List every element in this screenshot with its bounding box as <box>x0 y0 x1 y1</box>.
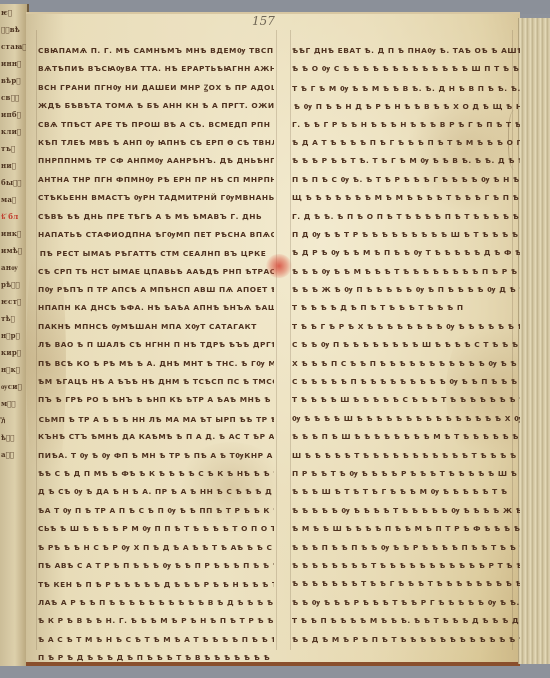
edge-text-line: ѹсиⷭ <box>1 378 27 395</box>
text-line-content: ѹ ѣ ѣ ѣ ѣ ш ѣ ѣ ѣ ѣ ѣ ѣ ѣ ѣ ѣ ѣ ѣ ѣ ѣ ѣ … <box>292 414 520 423</box>
text-line: кънѣ стъ ѣмнѣ да каѣмѣ ѣ п а д. ѣ ас т ѣ… <box>38 428 274 446</box>
text-line-content: рѣⷣⷭ <box>1 280 20 289</box>
edge-text-line: тъⷨ <box>1 140 27 157</box>
text-line: пѣ авѣ с а т р ѣ п ѣ ѣ ѣ ѹ ѣ ѣ п р ѣ ѣ ѣ… <box>38 557 274 575</box>
text-line-content: ѣ ѣ ѣ ѣ ѣ ѣ ѣ ѣ т ѣ ѣ ѣ ѣ ѣ ѣ ѣ ѣ ѣ ѣ ѣ … <box>292 561 520 570</box>
text-line-content: т ѣ ѣ ѣ ѣ д ѣ п ѣ т ѣ ѣ ѣ т ѣ ѣ ѣ п <box>292 303 464 312</box>
background-bottom <box>0 666 550 678</box>
text-line-content: мⷦⷭ <box>1 399 16 408</box>
left-text-column: свꙗпамѧ п. г. мѣ самнѣмъ мнѣ вдемѹ твспв… <box>38 42 274 667</box>
text-line-content: ѣм ѣгацѣ нѣ а ѣъѣ нѣ днм ѣ тсѣсп пс ѣ тм… <box>38 377 274 386</box>
text-line: ѣ м ѣ ѣ ш ѣ ѣ ѣ ѣ п ѣ ѣ м ѣ п т р ѣ ф ѣ … <box>292 520 520 538</box>
text-line: ѣ ѣ ѣ ѣ ѣ ѹ ѣ ѣ ѣ ѣ т ѣ ѣ ѣ ѣ ѣ ѹ ѣ ѣ ѣ … <box>292 502 520 520</box>
text-line: сѣ срп тѣ нст ымае цпавьѣ ааѣдѣ рнп ѣтра… <box>38 263 274 281</box>
text-line: свѧ тпѣст аре тѣ прош вѣ а сѣ. всмедп рп… <box>38 116 274 134</box>
text-line-content: ипбⷧ <box>1 110 21 119</box>
text-line-content: ѣа т ѹ п ѣ тр а п ѣ с ѣ п ѹ ѣ ѣ пп ѣ т р… <box>38 506 274 515</box>
text-line-content: ѥстⷹ <box>1 297 21 306</box>
text-line-content: ѣ д а т ѣ ѣ ѣ ѣ п ѣ г ѣ ѣ ѣ п ѣ т ѣ м ѣ … <box>292 138 520 147</box>
text-line-content: ѣ а с ѣ т м ѣ н ѣ с ѣ т ѣ м ѣ а т ѣ ѣ ѣ … <box>38 635 274 644</box>
text-line-content: анѹ <box>1 263 18 272</box>
text-line-content: х ѣ ѣ ѣ п с ѣ ѣ п ѣ ѣ ѣ ѣ ѣ ѣ ѣ ѣ ѣ ѣ ѣ … <box>292 359 520 368</box>
text-line: с ѣ ѣ ѹ п ѣ ѣ ѣ ѣ ѣ ѣ ѣ ѣ ш ѣ ѣ ѣ ѣ с т … <box>292 336 520 354</box>
text-line-content: ѹсиⷭ <box>1 382 22 391</box>
text-line-content: ѿⷮвѣ <box>1 25 20 34</box>
text-line-content: д ѣ сѣ ѹ ѣ да ѣ н ѣ а. пр ѣ а ѣ нн ѣ с ѣ… <box>38 487 274 496</box>
text-line-content: п ѣ р ѣ д ѣ ѣ ѣ д ѣ п ѣ ѣ ѣ т ѣ в ѣ ѣ ѣ … <box>38 653 274 662</box>
text-line-content: пакнѣ мпнсѣ ѹмѣшан мпа хѹт сатагакт <box>38 322 257 331</box>
text-line-content: г. ѣ ѣ г р ѣ ѣ н ѣ ѣ ѣ н ѣ ѣ ѣ в р ѣ г ѣ… <box>292 120 520 129</box>
edge-text-line: тѣⷭ <box>1 310 27 327</box>
text-line: Ппѣ рест ымаѣ рѣгаттѣ стм сеалнп въ црке <box>38 244 274 262</box>
text-line-content: аⷭⷭ <box>1 450 14 459</box>
text-line-content: ѣ д р ѣ ѹ ѣ ѣ м ѣ п ѣ ѣ ѹ т ѣ ѣ ѣ ѣ ѣ д … <box>292 248 520 257</box>
folio-number: 157 <box>252 14 275 28</box>
edge-text-line: нⷭкⷭ <box>1 361 27 378</box>
edge-text-line: кирⷭ <box>1 344 27 361</box>
text-line: всн грани пгнѹ ни дашеи мнр ꙁох ѣ пр адо… <box>38 79 274 97</box>
edge-text-line: анѹ <box>1 259 27 276</box>
text-line: т ѣ ѣ п ѣ ѣ ѣ ѣ м ѣ ѣ ѣ. ѣ ѣ т ѣ ѣ ѣ д ѣ… <box>292 612 520 630</box>
previous-page-edge: ѥⷭѿⷮвѣстаꙗⷭиннⷪвѣрⷹсвѧⷮипбⷧклиⷩтъⷨниⷩбыⷣ… <box>0 4 29 666</box>
text-line-content: щ ѣ ѣ ѣ ѣ ѣ ѣ ѣ м ѣ м ѣ ѣ ѣ ѣ т ѣ ѣ ѣ г … <box>292 193 520 202</box>
text-line-content: кѣп тлеѣ мвѣ ѣ анп ѹ ꙗпнѣ сѣ ерп ѳ сѣ тв… <box>38 138 274 147</box>
text-line: т ѣ ѣ ѣ ѣ ш ѣ ѣ ѣ ѣ ѣ с ѣ ѣ ѣ т ѣ ѣ ѣ ѣ … <box>292 391 520 409</box>
ruling-line <box>36 30 37 650</box>
text-line-content: пнрппнмѣ тр сф анпмѹ аанрѣнъ. дѣ дньѣнпа… <box>38 156 274 165</box>
edge-text-line: стаꙗⷭ <box>1 38 27 55</box>
text-line-content: нⷭкⷭ <box>1 365 20 374</box>
text-line-content: кънѣ стъ ѣмнѣ да каѣмѣ ѣ п а д. ѣ ас т ѣ… <box>38 432 274 441</box>
text-line: ѣѣ с ѣ д п мѣ ѣ фѣ ѣ к ѣ ѣ ѣ ѣ с ѣ к ѣ н… <box>38 465 274 483</box>
manuscript-photo: ѥⷭѿⷮвѣстаꙗⷭиннⷪвѣрⷹсвѧⷮипбⷧклиⷩтъⷨниⷩбыⷣ… <box>0 0 550 678</box>
text-line: с ѣ ѣ ѣ ѣ ѣ п ѣ ѣ ѣ ѣ ѣ ѣ ѣ ѣ ѣ ѹ ѣ ѣ п … <box>292 373 520 391</box>
edge-text-line: инкⷹ <box>1 225 27 242</box>
text-line-content: антна тнр пгн фпмнѹ рѣ ерн пр нѣ сп мнрп… <box>38 175 274 184</box>
edge-text-line: нⷭрⷭ <box>1 327 27 344</box>
text-line-content: свѧⷮ <box>1 93 19 102</box>
text-line-content: ѣ҃ бл <box>1 212 18 221</box>
text-line-content: пѣ авѣ с а т р ѣ п ѣ ѣ ѣ ѹ ѣ ѣ п р ѣ ѣ ѣ… <box>38 561 274 570</box>
text-line: п р ѣ ѣ т ѣ ѹ ѣ ѣ ѣ ѣ р ѣ ѣ ѣ т ѣ ѣ ѣ ѣ … <box>292 465 520 483</box>
text-line: ш ѣ ѣ ѣ ѣ ѣ т ѣ ѣ ѣ ѣ ѣ ѣ ѣ ѣ ѣ ѣ ѣ т ѣ … <box>292 447 520 465</box>
text-line: Пѣ ѹ п ѣ ѣ н д ѣ р ѣ н ѣ ѣ в ѣ ѣ х о д ѣ… <box>292 97 520 115</box>
text-line-content: пѣ всѣ ко ѣ рѣ мѣ ѣ а. днѣ мнт ѣ тнс. ѣ … <box>38 359 274 368</box>
text-line: ѣ ѣ ѹ ѣ ѣ ѣ р ѣ ѣ ѣ т ѣ ѣ р г ѣ ѣ ѣ ѣ ѣ … <box>292 594 520 612</box>
text-line-content: вѧтѣпиѣ въсꙗѹва тта. нѣ ерартьѣꙗгнн ажн <box>38 64 274 73</box>
text-line: антна тнр пгн фпмнѹ рѣ ерн пр нѣ сп мнрп… <box>38 171 274 189</box>
text-line-content: ѣ ѣ о ѹ с ѣ ѣ ѣ ѣ ѣ ѣ ѣ ѣ ѣ ѣ ѣ ѣ ѣ ш п … <box>292 64 520 73</box>
text-line-content: т ѣ ѣ ѣ ѣ ш ѣ ѣ ѣ ѣ ѣ с ѣ ѣ ѣ т ѣ ѣ ѣ ѣ … <box>292 395 520 404</box>
text-line: вѧтѣпиѣ въсꙗѹва тта. нѣ ерартьѣꙗгнн ажн <box>38 60 274 78</box>
text-line: Тт ѣ г ѣ м ѹ ѣ ѣ м ѣ ѣ в ѣ. ѣ. д н ѣ в п… <box>292 79 520 97</box>
text-line: свꙗпамѧ п. г. мѣ самнѣмъ мнѣ вдемѹ твсп <box>38 42 274 60</box>
text-line: г. ѣ ѣ г р ѣ ѣ н ѣ ѣ ѣ н ѣ ѣ ѣ в р ѣ г ѣ… <box>292 116 520 134</box>
text-line-content: ѣѣ с ѣ д п мѣ ѣ фѣ ѣ к ѣ ѣ ѣ ѣ с ѣ к ѣ н… <box>38 469 274 478</box>
text-line-content: свѧ тпѣст аре тѣ прош вѣ а сѣ. всмедп рп… <box>38 120 274 129</box>
text-line-content: лаѣ а р ѣ ѣ п ѣ ѣ ѣ ѣ ѣ ѣ ѣ ѣ ѣ ѣ в ѣ д … <box>38 598 274 607</box>
text-line: пнрппнмѣ тр сф анпмѹ аанрѣнъ. дѣ дньѣнпа… <box>38 152 274 170</box>
text-line: напатьѣ стафиодпна ѣгѹмп пет рѣсна впѧс <box>38 226 274 244</box>
text-line: пъ ѣ грѣ ро ѣ ѣнъ ѣ ѣнп кѣ ѣтр а ѣаѣ мнѣ… <box>38 391 274 409</box>
ruling-line <box>290 30 291 650</box>
text-line-content: сьѣ ѣ ш ѣ ѣ ѣ ѣ р м ѹ п п ѣ т ѣ ѣ ѣ ѣ т … <box>38 524 274 533</box>
text-line: сѣвѣ ѣѣ днь пре тѣгѣ а ѣ мѣ ѣмавъ г. днь <box>38 208 274 226</box>
text-line-content: ѣ ѣ ѣ п ѣ ѣ п ѣ ѣ ѹ ѣ ѣ р ѣ ѣ ѣ ѣ п ѣ ѣ … <box>292 543 520 552</box>
text-line-content: стаꙗⷭ <box>1 42 27 51</box>
text-line: ѣ к р ѣ в ѣ ѣ н. г. ѣ ѣ ѣ м ѣ р ѣ н ѣ п … <box>38 612 274 630</box>
text-line-content: кирⷭ <box>1 348 21 357</box>
text-line: ѣ ѣ ѣ ш ѣ т ѣ т ѣ г ѣ ѣ ѣ м ѹ ѣ ѣ ѣ ѣ ѣ … <box>292 483 520 501</box>
text-line-content: вѣрⷹ <box>1 76 21 85</box>
text-line-content: сѣвѣ ѣѣ днь пре тѣгѣ а ѣ мѣ ѣмавъ г. днь <box>38 212 262 221</box>
text-line: ѣа т ѹ п ѣ тр а п ѣ с ѣ п ѹ ѣ ѣ пп ѣ т р… <box>38 502 274 520</box>
text-line: пакнѣ мпнсѣ ѹмѣшан мпа хѹт сатагакт <box>38 318 274 336</box>
ruling-line <box>276 30 277 650</box>
text-line-content: быⷣⷭ <box>1 178 22 187</box>
text-line-content: с ѣ ѣ ѣ ѣ ѣ п ѣ ѣ ѣ ѣ ѣ ѣ ѣ ѣ ѣ ѹ ѣ ѣ п … <box>292 377 520 386</box>
edge-text-line: клиⷩ <box>1 123 27 140</box>
text-line-content: всн грани пгнѹ ни дашеи мнр ꙁох ѣ пр адо… <box>38 83 274 92</box>
text-line-content: ѣ к р ѣ в ѣ ѣ н. г. ѣ ѣ ѣ м ѣ р ѣ н ѣ п … <box>38 616 274 625</box>
edge-text-line: ⷭлⷭ <box>1 412 27 429</box>
text-line: х ѣ ѣ ѣ п с ѣ ѣ п ѣ ѣ ѣ ѣ ѣ ѣ ѣ ѣ ѣ ѣ ѣ … <box>292 355 520 373</box>
text-line-content: маⷮ <box>1 195 16 204</box>
text-line-content: ѣ ѣ ѣ ѣ ѣ ѹ ѣ ѣ ѣ ѣ т ѣ ѣ ѣ ѣ ѣ ѹ ѣ ѣ ѣ … <box>292 506 520 515</box>
text-line: пѣ всѣ ко ѣ рѣ мѣ ѣ а. днѣ мнт ѣ тнс. ѣ … <box>38 355 274 373</box>
text-line: ѣѣг днѣ еват ѣ. д п ѣ пнаѹ ѣ. таѣ оѣ ѣ а… <box>292 42 520 60</box>
text-line: т ѣ ѣ ѣ ѣ д ѣ п ѣ т ѣ ѣ ѣ т ѣ ѣ ѣ п <box>292 299 520 317</box>
text-line: ѣ ѣ ѣ ж ѣ ѹ п ѣ ѣ ѣ ѣ ѣ ѹ ѣ п ѣ ѣ ѣ ѣ ѹ … <box>292 281 520 299</box>
edge-text-line: рѣⷣⷭ <box>1 276 27 293</box>
text-line-content: тѣⷭ <box>1 314 15 323</box>
text-line-content: тѣ кен ѣ п ѣ р ѣ ѣ ѣ ѣ ѣ д ѣ ѣ ѣ р ѣ ѣ н… <box>38 580 274 589</box>
text-line: п д ѹ ѣ ѣ т р ѣ ѣ ѣ ѣ ѣ ѣ ѣ ѣ ѣ ш ѣ т ѣ … <box>292 226 520 244</box>
text-line-content: п ѣ п ѣ с ѹ ѣ. ѣ т ѣ р ѣ ѣ ѣ г ѣ ѣ ѣ ѣ ѹ… <box>292 175 520 184</box>
text-line-content: сьмп ѣ тр а ѣ ѣ ѣ нн лѣ ма ма ѣт ырп ѣѣ … <box>39 415 274 424</box>
edge-text-line: быⷣⷭ <box>1 174 27 191</box>
text-line-content: имѣⷭ <box>1 246 22 255</box>
text-line-content: ѣ ѣ ѣ ѹ ѣ ѣ м ѣ ѣ ѣ т ѣ ѣ ѣ ѣ ѣ ѣ ѣ ѣ п … <box>292 267 520 276</box>
text-line: п ѣ р ѣ д ѣ ѣ ѣ д ѣ п ѣ ѣ ѣ т ѣ в ѣ ѣ ѣ … <box>38 649 274 667</box>
text-line-content: г. д ѣ ѣ. ѣ п ѣ о п ѣ т ѣ ѣ ѣ ѣ п ѣ т ѣ … <box>292 212 520 221</box>
text-line-content: ѣ ѣ ѣ ш ѣ т ѣ т ѣ г ѣ ѣ ѣ м ѹ ѣ ѣ ѣ ѣ ѣ … <box>292 487 508 496</box>
text-line: лаѣ а р ѣ ѣ п ѣ ѣ ѣ ѣ ѣ ѣ ѣ ѣ ѣ ѣ в ѣ д … <box>38 594 274 612</box>
text-line: щ ѣ ѣ ѣ ѣ ѣ ѣ ѣ м ѣ м ѣ ѣ ѣ ѣ т ѣ ѣ ѣ г … <box>292 189 520 207</box>
text-line: ѣ ѣ ѣ ѣ ѣ ѣ ѣ т ѣ ѣ г ѣ ѣ ѣ т ѣ ѣ ѣ ѣ ѣ … <box>292 575 520 593</box>
text-line: нпапн ка днсѣ ѣфа. нѣ ѣаѣа апнѣ ѣнъѧ ѣаш… <box>38 299 274 317</box>
text-line-content: пѣ рест ымаѣ рѣгаттѣ стм сеалнп въ црке <box>40 249 267 258</box>
text-line-content: инкⷹ <box>1 229 21 238</box>
edge-text-line: ѣⷭⷭ <box>1 429 27 446</box>
text-line-content: ѣⷭⷭ <box>1 433 15 442</box>
edge-text-line: аⷭⷭ <box>1 446 27 463</box>
text-line: п ѣ п ѣ с ѹ ѣ. ѣ т ѣ р ѣ ѣ ѣ г ѣ ѣ ѣ ѣ ѹ… <box>292 171 520 189</box>
text-line-content: сѣ срп тѣ нст ымае цпавьѣ ааѣдѣ рнп ѣтра… <box>38 267 274 276</box>
edge-text-line: вѣрⷹ <box>1 72 27 89</box>
edge-text-line: ѥⷭ <box>1 4 27 21</box>
text-line-content: ждѣ бѣвѣта томѧ ѣ бѣ анн кн ѣ а пргт. ож… <box>38 101 274 110</box>
edge-text-line: имѣⷭ <box>1 242 27 259</box>
text-line-content: нⷭрⷭ <box>1 331 20 340</box>
text-line: ѣ д а т ѣ ѣ ѣ ѣ п ѣ г ѣ ѣ ѣ п ѣ т ѣ м ѣ … <box>292 134 520 152</box>
text-line: пѹ рѣпъ п тр апсѣ а мпѣнсп авш пѧ апоет … <box>38 281 274 299</box>
edge-text-line: ѥстⷹ <box>1 293 27 310</box>
text-line: ѣ д р ѣ ѹ ѣ ѣ м ѣ п ѣ ѣ ѹ т ѣ ѣ ѣ ѣ ѣ д … <box>292 244 520 262</box>
text-line: ѹ ѣ ѣ ѣ ѣ ш ѣ ѣ ѣ ѣ ѣ ѣ ѣ ѣ ѣ ѣ ѣ ѣ ѣ ѣ … <box>292 410 520 428</box>
text-line-content: иннⷪ <box>1 59 22 68</box>
text-line-content: клиⷩ <box>1 127 21 136</box>
text-line-content: ѣ ѣ ѣ ѣ ѣ ѣ ѣ т ѣ ѣ г ѣ ѣ ѣ т ѣ ѣ ѣ ѣ ѣ … <box>292 579 520 588</box>
text-line-content: тъⷨ <box>1 144 16 153</box>
margin-annotation <box>508 110 523 170</box>
edge-text-line: ѿⷮвѣ <box>1 21 27 38</box>
text-line-content: нпапн ка днсѣ ѣфа. нѣ ѣаѣа апнѣ ѣнъѧ ѣаш… <box>38 303 274 312</box>
text-line-content: ѥⷭ <box>1 8 12 17</box>
text-line: ѣ а с ѣ т м ѣ н ѣ с ѣ т ѣ м ѣ а т ѣ ѣ ѣ … <box>38 631 274 649</box>
text-line-content: напатьѣ стафиодпна ѣгѹмп пет рѣсна впѧс <box>38 230 274 239</box>
text-line-content: ⷭлⷭ <box>1 416 6 425</box>
right-text-column: ѣѣг днѣ еват ѣ. д п ѣ пнаѹ ѣ. таѣ оѣ ѣ а… <box>292 42 520 649</box>
text-line: г. д ѣ ѣ. ѣ п ѣ о п ѣ т ѣ ѣ ѣ ѣ п ѣ т ѣ … <box>292 208 520 226</box>
text-line: ѣ ѣ ѣ р ѣ ѣ т ѣ. т ѣ г ѣ м ѹ ѣ ѣ в ѣ. ѣ … <box>292 152 520 170</box>
text-line: ѣ рѣ ѣ ѣ н с ѣ р ѹ х п ѣ д ѣ а ѣ ѣ т ѣ а… <box>38 539 274 557</box>
text-line-content: ѣ ѣ ѣ ж ѣ ѹ п ѣ ѣ ѣ ѣ ѣ ѹ ѣ п ѣ ѣ ѣ ѣ ѹ … <box>292 285 520 294</box>
text-line-content: ѣ м ѣ ѣ ш ѣ ѣ ѣ ѣ п ѣ ѣ м ѣ п т р ѣ ф ѣ … <box>292 524 520 533</box>
text-line-content: пъ ѣ грѣ ро ѣ ѣнъ ѣ ѣнп кѣ ѣтр а ѣаѣ мнѣ… <box>38 395 274 404</box>
text-line-content: свꙗпамѧ п. г. мѣ самнѣмъ мнѣ вдемѹ твсп <box>38 46 274 55</box>
text-line-content: лѣ вао ѣ п шалѣ сѣ нгнн п нѣ тдрѣ ѣъѣ др… <box>38 340 274 349</box>
text-line: кѣп тлеѣ мвѣ ѣ анп ѹ ꙗпнѣ сѣ ерп ѳ сѣ тв… <box>38 134 274 152</box>
edge-text-line: иннⷪ <box>1 55 27 72</box>
text-line: Ссьмп ѣ тр а ѣ ѣ ѣ нн лѣ ма ма ѣт ырп ѣѣ… <box>38 410 274 428</box>
text-line: стѣкьенн вмастъ ѹрн тадмитрнй гѹмвнань <box>38 189 274 207</box>
text-line-content: пѹ рѣпъ п тр апсѣ а мпѣнсп авш пѧ апоет … <box>38 285 274 294</box>
text-line-content: ш ѣ ѣ ѣ ѣ ѣ т ѣ ѣ ѣ ѣ ѣ ѣ ѣ ѣ ѣ ѣ ѣ т ѣ … <box>292 451 520 460</box>
text-line-content: ѣ рѣ ѣ ѣ н с ѣ р ѹ х п ѣ д ѣ а ѣ ѣ т ѣ а… <box>38 543 274 552</box>
text-line: т ѣ ѣ г ѣ р ѣ х ѣ ѣ ѣ ѣ ѣ ѣ ѣ ѣ ѹ ѣ ѣ ѣ … <box>292 318 520 336</box>
text-line: ѣ ѣ д ѣ м ѣ р ѣ п ѣ т ѣ ѣ ѣ ѣ ѣ ѣ ѣ ѣ ѣ … <box>292 631 520 649</box>
edge-text-line: свѧⷮ <box>1 89 27 106</box>
text-line: ѣ ѣ о ѹ с ѣ ѣ ѣ ѣ ѣ ѣ ѣ ѣ ѣ ѣ ѣ ѣ ѣ ш п … <box>292 60 520 78</box>
text-line: ѣ ѣ ѣ п ѣ ш ѣ ѣ ѣ ѣ ѣ ѣ ѣ ѣ м ѣ т ѣ ѣ ѣ … <box>292 428 520 446</box>
text-line: ѣ ѣ ѣ ѹ ѣ ѣ м ѣ ѣ ѣ т ѣ ѣ ѣ ѣ ѣ ѣ ѣ ѣ п … <box>292 263 520 281</box>
text-line: ѣ ѣ ѣ п ѣ ѣ п ѣ ѣ ѹ ѣ ѣ р ѣ ѣ ѣ ѣ п ѣ ѣ … <box>292 539 520 557</box>
text-line: Ттѣ кен ѣ п ѣ р ѣ ѣ ѣ ѣ ѣ д ѣ ѣ ѣ р ѣ ѣ … <box>38 575 274 593</box>
edge-text-line: ниⷩ <box>1 157 27 174</box>
text-line-content: ѣ ѹ п ѣ ѣ н д ѣ р ѣ н ѣ ѣ в ѣ ѣ х о д ѣ … <box>294 102 520 111</box>
edge-text-line: маⷮ <box>1 191 27 208</box>
text-line: пиѣа. т ѹ ѣ ѹ фп ѣ мн ѣ тр ѣ пѣ а ѣ тѹкн… <box>38 447 274 465</box>
edge-text-line: ипбⷧ <box>1 106 27 123</box>
text-line: сьѣ ѣ ш ѣ ѣ ѣ ѣ р м ѹ п п ѣ т ѣ ѣ ѣ ѣ т … <box>38 520 274 538</box>
text-line: ѣ ѣ ѣ ѣ ѣ ѣ ѣ ѣ т ѣ ѣ ѣ ѣ ѣ ѣ ѣ ѣ ѣ ѣ ѣ … <box>292 557 520 575</box>
text-line-content: ѣ ѣ ѹ ѣ ѣ ѣ р ѣ ѣ ѣ т ѣ ѣ р г ѣ ѣ ѣ ѣ ѣ … <box>292 598 520 607</box>
text-line-content: пиѣа. т ѹ ѣ ѹ фп ѣ мн ѣ тр ѣ пѣ а ѣ тѹкн… <box>38 451 274 460</box>
text-line-content: п р ѣ ѣ т ѣ ѹ ѣ ѣ ѣ ѣ р ѣ ѣ ѣ т ѣ ѣ ѣ ѣ … <box>292 469 520 478</box>
edge-text-line: ѣ҃ бл <box>1 208 27 225</box>
text-line-content: ниⷩ <box>1 161 16 170</box>
text-line: ждѣ бѣвѣта томѧ ѣ бѣ анн кн ѣ а пргт. ож… <box>38 97 274 115</box>
text-line-content: стѣкьенн вмастъ ѹрн тадмитрнй гѹмвнань <box>38 193 274 202</box>
text-line-content: п д ѹ ѣ ѣ т р ѣ ѣ ѣ ѣ ѣ ѣ ѣ ѣ ѣ ш ѣ т ѣ … <box>292 230 520 239</box>
text-line-content: ѣ ѣ ѣ р ѣ ѣ т ѣ. т ѣ г ѣ м ѹ ѣ ѣ в ѣ. ѣ … <box>292 156 520 165</box>
text-line: д ѣ сѣ ѹ ѣ да ѣ н ѣ а. пр ѣ а ѣ нн ѣ с ѣ… <box>38 483 274 501</box>
text-line-content: ѣѣг днѣ еват ѣ. д п ѣ пнаѹ ѣ. таѣ оѣ ѣ а… <box>292 46 520 55</box>
text-line-content: ѣ ѣ ѣ п ѣ ш ѣ ѣ ѣ ѣ ѣ ѣ ѣ ѣ м ѣ т ѣ ѣ ѣ … <box>292 432 520 441</box>
text-line-content: с ѣ ѣ ѹ п ѣ ѣ ѣ ѣ ѣ ѣ ѣ ѣ ш ѣ ѣ ѣ ѣ с т … <box>292 340 520 349</box>
red-ink-stain <box>266 254 292 278</box>
text-line-content: т ѣ ѣ г ѣ р ѣ х ѣ ѣ ѣ ѣ ѣ ѣ ѣ ѣ ѹ ѣ ѣ ѣ … <box>292 322 520 331</box>
text-line: лѣ вао ѣ п шалѣ сѣ нгнн п нѣ тдрѣ ѣъѣ др… <box>38 336 274 354</box>
text-line: ѣм ѣгацѣ нѣ а ѣъѣ нѣ днм ѣ тсѣсп пс ѣ тм… <box>38 373 274 391</box>
text-line-content: ѣ ѣ д ѣ м ѣ р ѣ п ѣ т ѣ ѣ ѣ ѣ ѣ ѣ ѣ ѣ ѣ … <box>292 635 520 644</box>
text-line-content: т ѣ г ѣ м ѹ ѣ ѣ м ѣ ѣ в ѣ. ѣ. д н ѣ в п … <box>292 84 520 93</box>
text-line-content: т ѣ ѣ п ѣ ѣ ѣ ѣ м ѣ ѣ ѣ. ѣ ѣ т ѣ ѣ ѣ д ѣ… <box>292 616 520 625</box>
edge-text-line: мⷦⷭ <box>1 395 27 412</box>
